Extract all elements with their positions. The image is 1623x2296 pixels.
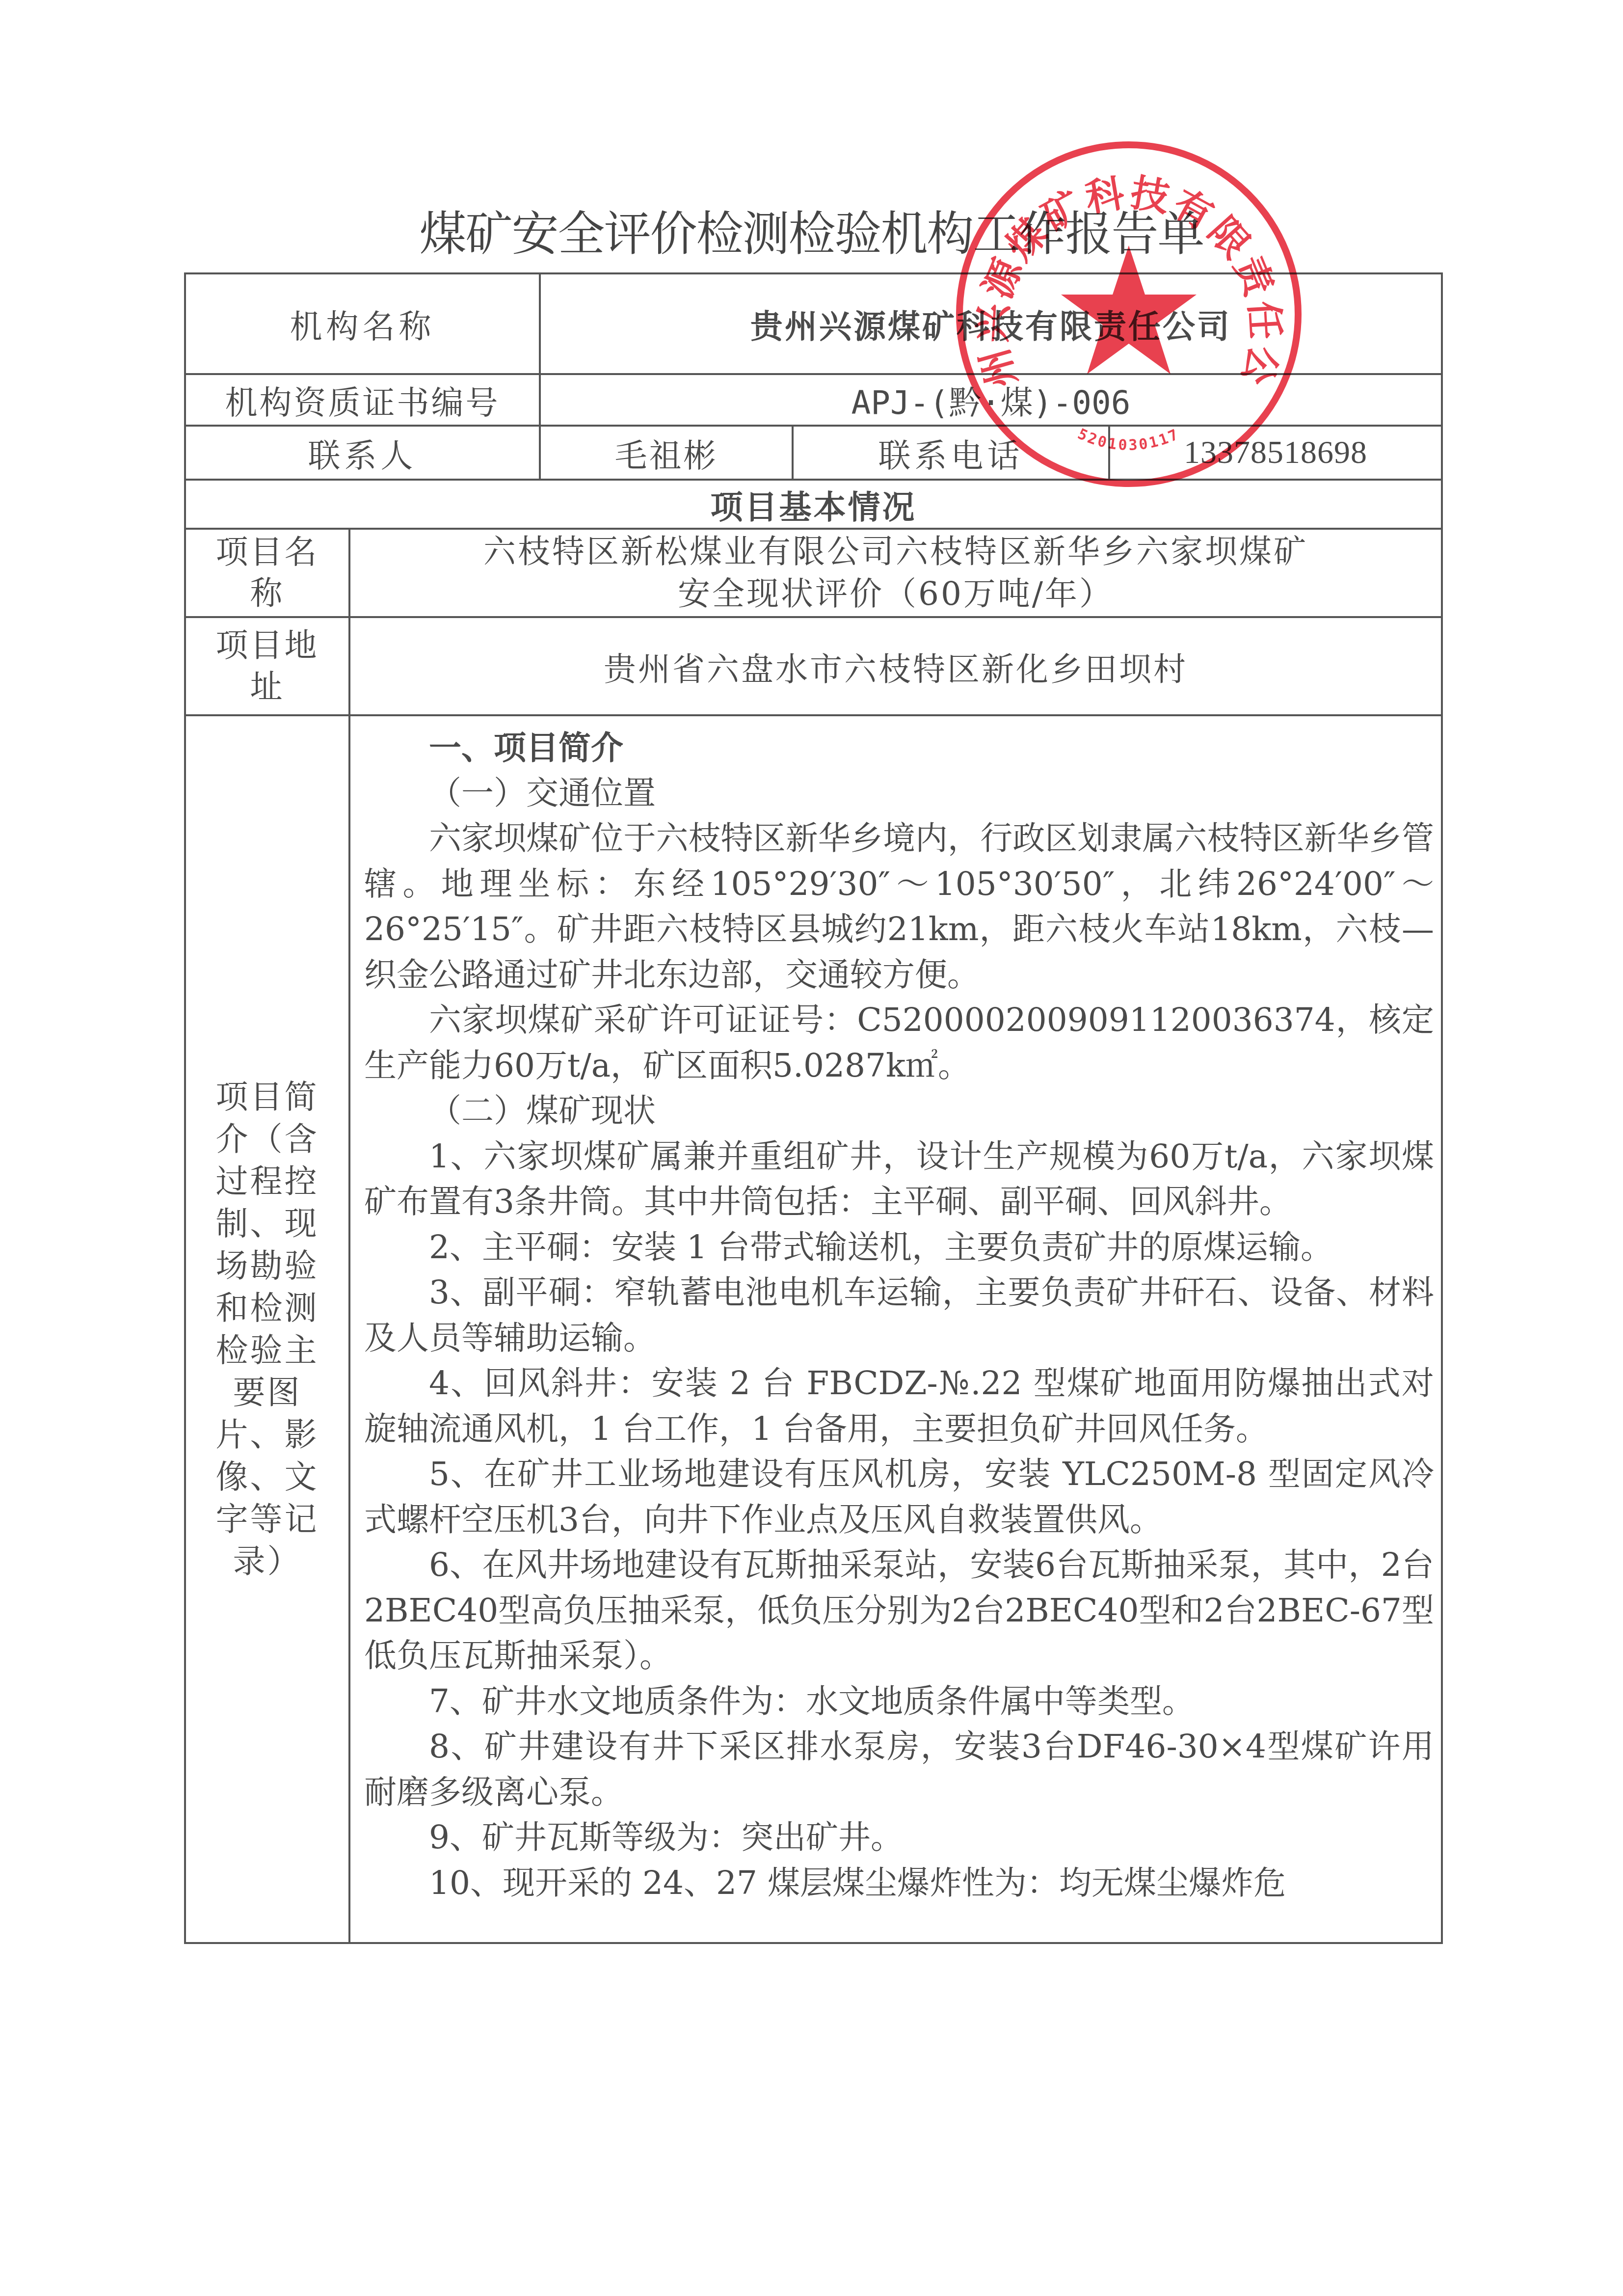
intro-item: 2、主平硐：安装 1 台带式输送机，主要负责矿井的原煤运输。 <box>364 1225 1434 1270</box>
project-name-line2: 安全现状评价（60万吨/年） <box>678 573 1114 615</box>
intro-paragraph: 六家坝煤矿采矿许可证证号：C5200002009091120036374，核定生… <box>364 998 1434 1088</box>
phone-value: 13378518698 <box>1108 425 1443 481</box>
phone-label: 联系电话 <box>792 425 1110 481</box>
intro-item: 7、矿井水文地质条件为：水文地质条件属中等类型。 <box>364 1679 1434 1725</box>
intro-heading: 一、项目简介 <box>364 725 1434 771</box>
intro-item: 1、六家坝煤矿属兼并重组矿井，设计生产规模为60万t/a，六家坝煤矿布置有3条井… <box>364 1134 1434 1225</box>
cert-value: APJ-(黔·煤)-006 <box>539 373 1443 427</box>
section-header: 项目基本情况 <box>184 479 1443 530</box>
intro-item: 6、在风井场地建设有瓦斯抽采泵站，安装6台瓦斯抽采泵，其中，2台2BEC40型高… <box>364 1542 1434 1679</box>
project-intro-body: 一、项目简介 （一）交通位置 六家坝煤矿位于六枝特区新华乡境内，行政区划隶属六枝… <box>348 714 1443 1944</box>
cert-label: 机构资质证书编号 <box>184 373 541 427</box>
org-name-label: 机构名称 <box>184 272 541 375</box>
intro-item: 5、在矿井工业场地建设有压风机房，安装 YLC250M-8 型固定风冷式螺杆空压… <box>364 1452 1434 1542</box>
document-title: 煤矿安全评价检测检验机构工作报告单 <box>0 196 1623 264</box>
contact-label: 联系人 <box>184 425 541 481</box>
intro-subheading-traffic: （一）交通位置 <box>364 771 1434 816</box>
project-name-label: 项目名称 <box>184 528 350 618</box>
project-name-line1: 六枝特区新松煤业有限公司六枝特区新华乡六家坝煤矿 <box>483 531 1308 573</box>
report-table: 机构名称 贵州兴源煤矿科技有限责任公司 机构资质证书编号 APJ-(黔·煤)-0… <box>184 272 1443 1944</box>
contact-value: 毛祖彬 <box>539 425 794 481</box>
project-address-value: 贵州省六盘水市六枝特区新化乡田坝村 <box>348 616 1443 716</box>
project-intro-label: 项目简介（含过程控制、现场勘验和检测检验主要图片、影像、文字等记录） <box>184 714 350 1944</box>
intro-item: 4、回风斜井：安装 2 台 FBCDZ-№.22 型煤矿地面用防爆抽出式对旋轴流… <box>364 1361 1434 1452</box>
project-name-value: 六枝特区新松煤业有限公司六枝特区新华乡六家坝煤矿 安全现状评价（60万吨/年） <box>348 528 1443 618</box>
project-address-label: 项目地址 <box>184 616 350 716</box>
org-name-value: 贵州兴源煤矿科技有限责任公司 <box>539 272 1443 375</box>
intro-item: 8、矿井建设有井下采区排水泵房，安装3台DF46-30×4型煤矿许用耐磨多级离心… <box>364 1724 1434 1815</box>
intro-subheading-status: （二）煤矿现状 <box>364 1088 1434 1134</box>
intro-item: 10、现开采的 24、27 煤层煤尘爆炸性为：均无煤尘爆炸危 <box>364 1861 1434 1906</box>
intro-paragraph: 六家坝煤矿位于六枝特区新华乡境内，行政区划隶属六枝特区新华乡管辖。地理坐标：东经… <box>364 816 1434 998</box>
intro-item: 3、副平硐：窄轨蓄电池电机车运输，主要负责矿井矸石、设备、材料及人员等辅助运输。 <box>364 1270 1434 1361</box>
intro-item: 9、矿井瓦斯等级为：突出矿井。 <box>364 1815 1434 1861</box>
